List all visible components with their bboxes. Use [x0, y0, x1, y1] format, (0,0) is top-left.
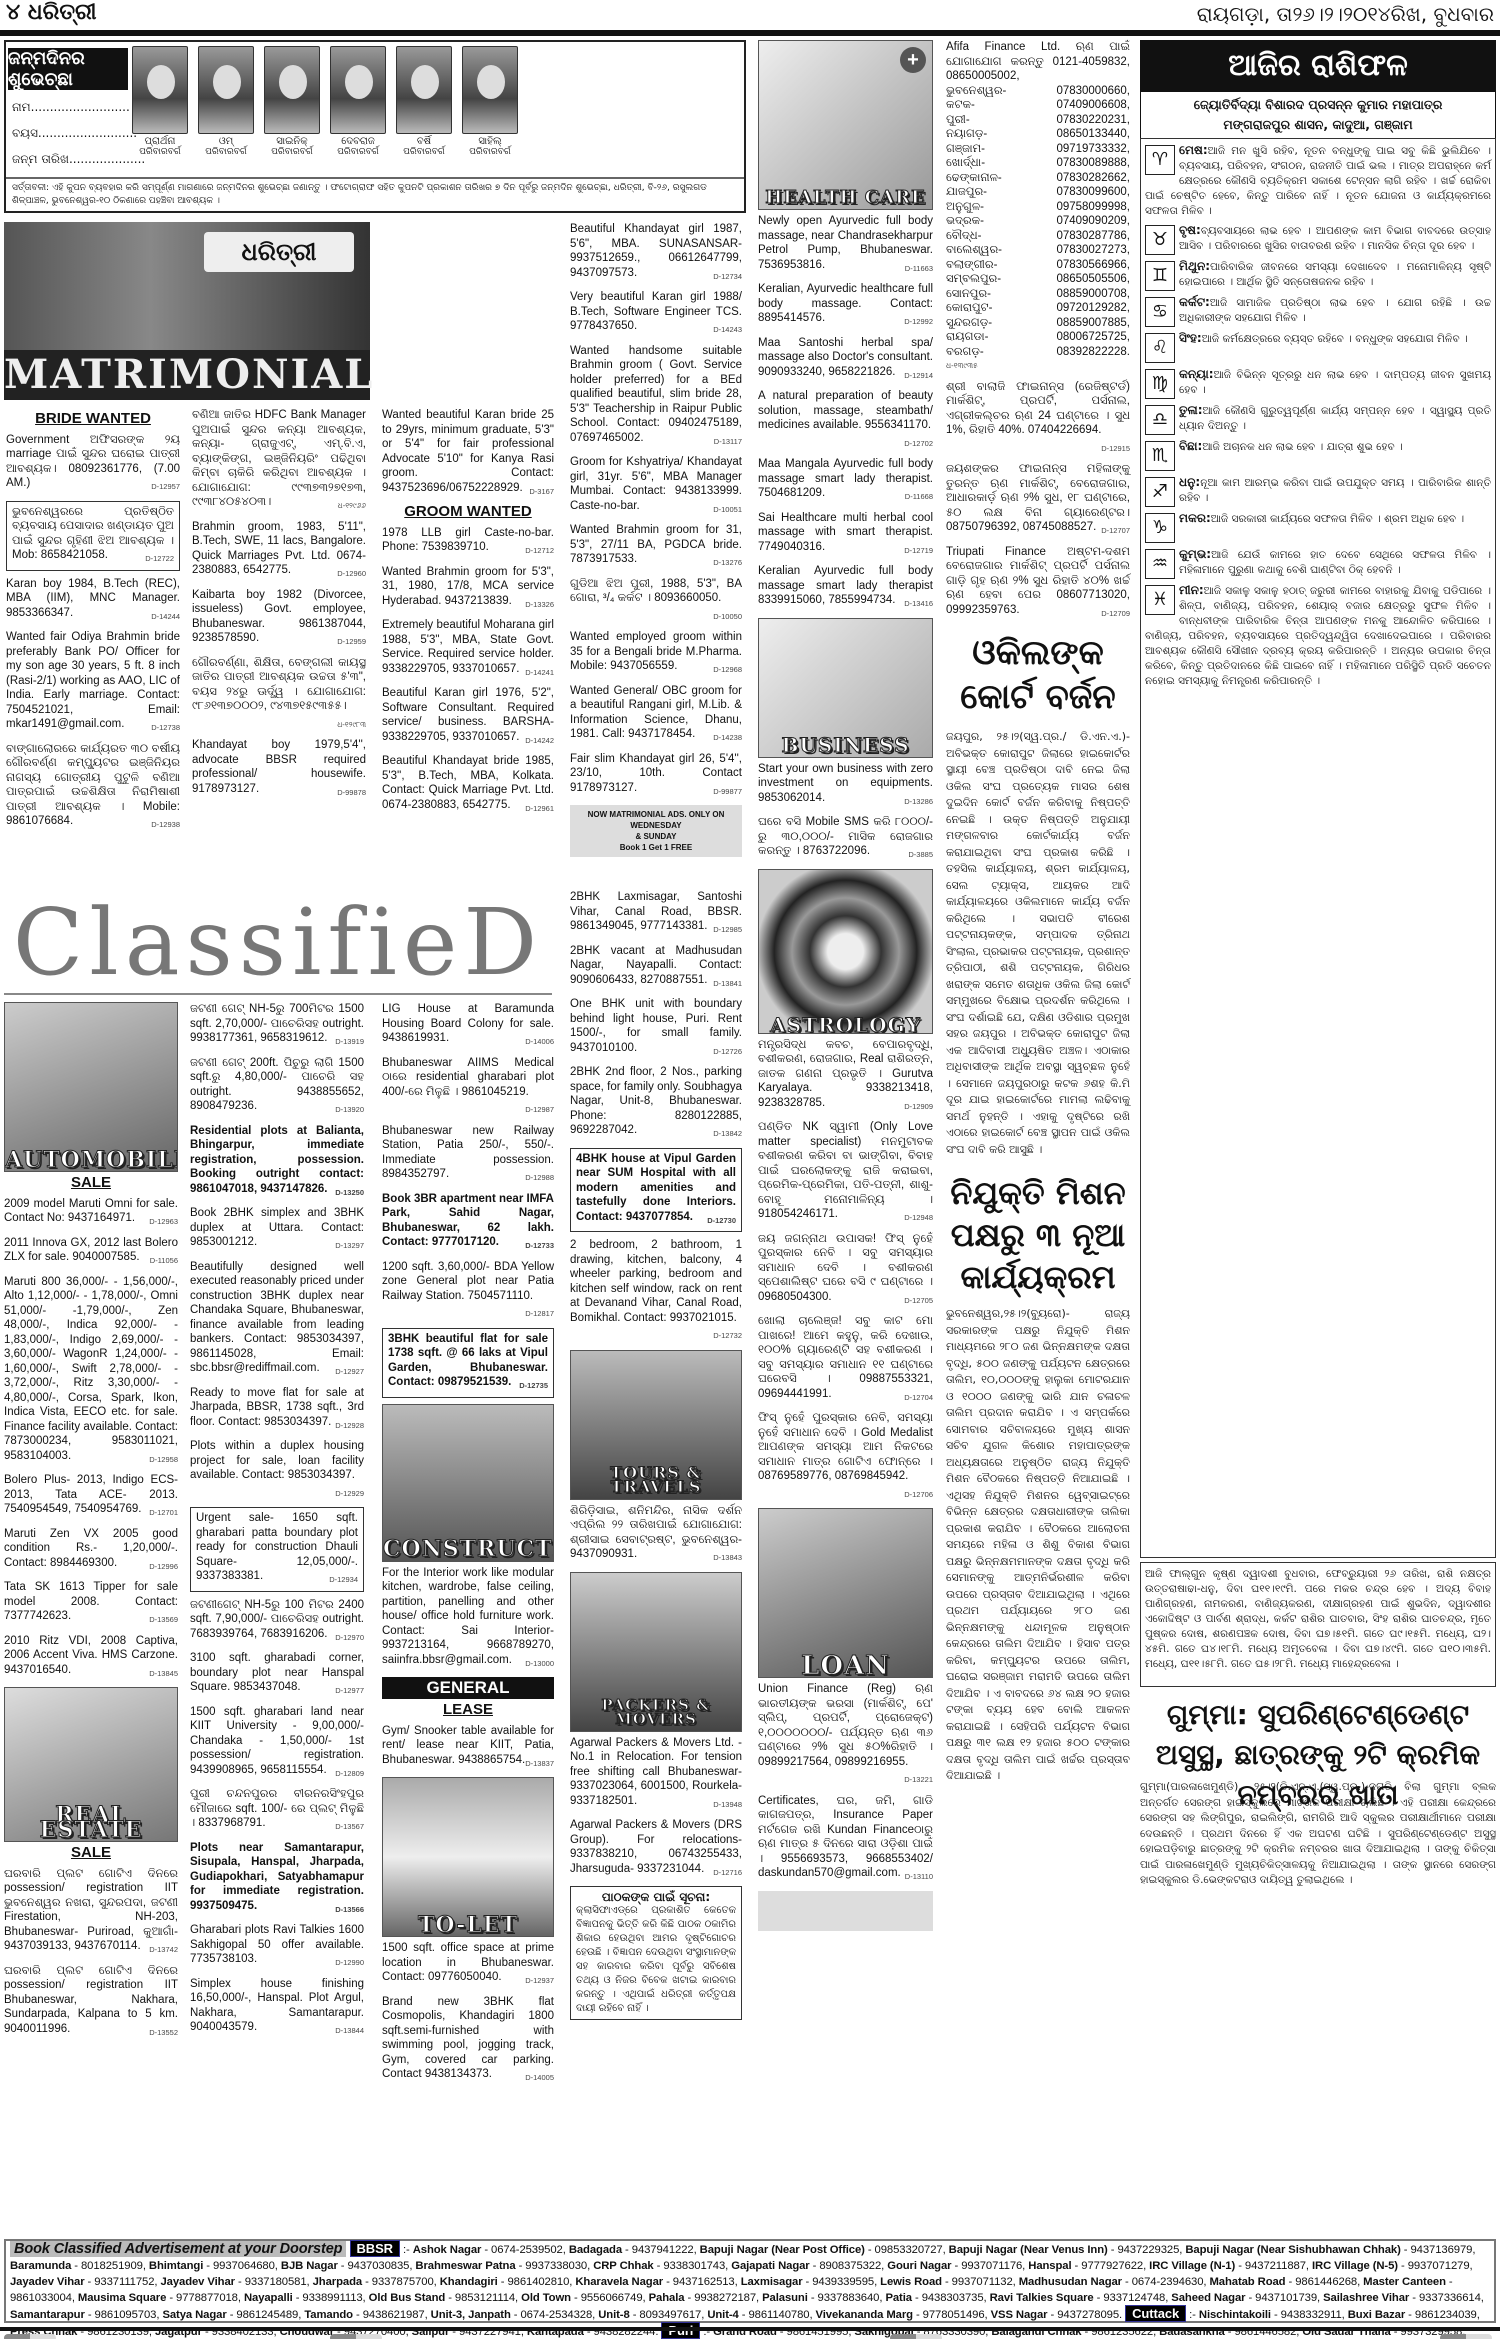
agent-location: CRP Chhak: [593, 2260, 653, 2272]
ad-code: D-13250: [335, 1186, 364, 1201]
ad-code: D-11056: [150, 1254, 178, 1269]
ad-code: D-13569: [149, 1613, 178, 1628]
zodiac-name: ବୃଷ:: [1179, 223, 1201, 237]
ad-code: D-12738: [151, 721, 180, 736]
birthday-title: ଜନ୍ମଦିନର ଶୁଭେଚ୍ଛା: [8, 48, 128, 90]
child-photo: [132, 46, 188, 134]
ad-text: Brand new 3BHK flat Cosmopolis, Khandagi…: [382, 1996, 554, 2081]
birthday-terms: ସର୍ତ୍ତାବଳୀ: ଏହି କୁପନ ବ୍ୟବହାର କରି ସମ୍ପୂର୍…: [6, 177, 744, 211]
branch-city: ଖୋର୍ଦ୍ଧା-: [946, 156, 985, 171]
agent-phone: - 9938272187,: [684, 2292, 762, 2304]
ad-code: D-10050: [713, 610, 742, 625]
classified-ad: ଖୋଲା ଚାଲେଞ୍ଜ! ସବୁ କାଟ ମୋ ପାଖରେ! ଆମେ କହୁନ…: [758, 1314, 933, 1405]
agent-location: IRC Village (N-5): [1312, 2260, 1398, 2272]
branch-city: ସୋନପୁର-: [946, 287, 991, 302]
classified-ad: 3100 sqft. gharabadi corner, boundary pl…: [190, 1651, 364, 1699]
ad-text: Wanted beautiful Karan bride 25 to 29yrs…: [382, 409, 554, 494]
zodiac-name: ଧନୁ:: [1179, 475, 1200, 489]
ad-text: Union Finance (Reg) ଋଣ ଭାରତୀୟଙ୍କ ଭରସା (ମ…: [758, 1683, 933, 1768]
ad-text: Agarwal Packers & Movers Ltd. - No.1 in …: [570, 1737, 742, 1807]
name-field: ନାମ..........................: [12, 100, 130, 115]
ad-code: D-12987: [525, 1103, 554, 1118]
agent-location: Saheed Nagar: [1171, 2292, 1245, 2304]
classified-ad: 1500 sqft. gharabari land near KIIT Univ…: [190, 1705, 364, 1782]
ad-text: ଶ୍ରୀ ବାଲାଜି ଫାଇନାନ୍ସ (ରେଜିଷ୍ଟର୍ଡ) ମାର୍କଶ…: [946, 381, 1130, 437]
classified-column-4: 2BHK Laxmisagar, Santoshi Vihar, Canal R…: [570, 890, 742, 2020]
loan-image: LOAN: [758, 1508, 933, 1678]
classified-ad: 2010 Ritz VDI, 2008 Captiva, 2006 Accent…: [4, 1634, 178, 1682]
family-label: ପରିବାରବର୍ଗ: [264, 147, 320, 157]
ad-text: ଗୁଡିଆ ଝିଅ ପୁରୀ, 1988, 5'3", BA ଗୋରା, ³/₄…: [570, 578, 742, 605]
classified-ad: Maruti Zen VX 2005 good condition Rs.- 1…: [4, 1527, 178, 1575]
branch-phone: 07830099600,: [1056, 185, 1130, 200]
agent-phone: - 9437278095.: [1047, 2309, 1125, 2321]
zodiac-name: କନ୍ୟା:: [1179, 367, 1214, 381]
classified-ad: 1500 sqft. office space at prime locatio…: [382, 1941, 554, 1989]
agent-phone: - 9439339595,: [803, 2276, 881, 2288]
classified-ad: Khandayat boy 1979,5'4'', advocate BBSR …: [192, 738, 366, 800]
zodiac-text: ଆଜି ସରକାରୀ କାର୍ଯ୍ୟରେ ସଫଳତା ମିଳିବ । ଶ୍ରମ …: [1211, 513, 1464, 525]
ad-text: Triupati Finance ଅଷ୍ଟମ-ଦଶମ ବେରୋଜଗାର ମାର୍…: [946, 546, 1130, 616]
matrimonial-column-3: Wanted beautiful Karan bride 25 to 29yrs…: [382, 408, 554, 822]
zodiac-name: ତୁଳା:: [1179, 403, 1203, 417]
family-label: ପରିବାରବର୍ଗ: [198, 147, 254, 157]
ad-code: D-12988: [525, 1171, 554, 1186]
zodiac-icon: ♓: [1145, 585, 1175, 615]
zodiac-sign-entry: ♎ତୁଳା:ଆଜି କୌଣସି ଗୁରୁତ୍ୱପୂର୍ଣ୍ଣ କାର୍ଯ୍ୟ ସ…: [1145, 403, 1491, 435]
classified-ad: Keralian, Ayurvedic healthcare full body…: [758, 282, 933, 330]
zodiac-sign-entry: ♌ସିଂହ:ଆଜି କର୍ମକ୍ଷେତ୍ରରେ ବ୍ୟସ୍ତ ରହିବେ । ବ…: [1145, 331, 1491, 363]
birthday-photo-card: ପ୍ରାର୍ଥନାପରିବାରବର୍ଗ: [132, 46, 188, 157]
dob-field: ଜନ୍ମ ତାରିଖ....................: [12, 152, 145, 167]
branch-phone: 09719733332,: [1056, 142, 1130, 157]
agent-phone: - 9438621987,: [353, 2309, 431, 2321]
classified-ad: ଜୟଶଙ୍କର ଫାଇନାନ୍ସ ମହିଳାଙ୍କୁ ତୁରନ୍ତ ଋଣ ମାର…: [946, 462, 1130, 539]
zodiac-icon: ♎: [1145, 405, 1175, 435]
ad-code: D-12928: [335, 1419, 364, 1434]
ad-code: D-3167: [529, 485, 554, 500]
family-label: ପରିବାରବର୍ଗ: [132, 147, 188, 157]
ad-code: D-14005: [525, 2071, 554, 2086]
ad-text: Plots within a duplex housing project fo…: [190, 1440, 364, 1481]
ad-code: D-13276: [713, 556, 742, 571]
classified-ad: ଗୁଡିଆ ଝିଅ ପୁରୀ, 1988, 5'3", BA ଗୋରା, ³/₄…: [570, 577, 742, 625]
masthead: ୪ ଧରିତ୍ରୀ ରାୟଗଡ଼ା, ତା୨୬।୨।୨୦୧୪ରିଖ, ବୁଧବା…: [0, 0, 1500, 28]
zodiac-icon: ♐: [1145, 477, 1175, 507]
classified-column-1: AUTOMOBILE SALE 2009 model Maruti Omni f…: [4, 1002, 178, 2046]
zodiac-text: ନୂଆ କାମ ଆରମ୍ଭ କରିବା ପାଇଁ ଉପଯୁକ୍ତ ସମୟ । ପ…: [1179, 477, 1491, 504]
agent-phone: - 9777927622,: [1072, 2260, 1150, 2272]
classified-ad: Triupati Finance ଅଷ୍ଟମ-ଦଶମ ବେରୋଜଗାର ମାର୍…: [946, 545, 1130, 622]
automobile-image: AUTOMOBILE: [4, 1002, 178, 1172]
classified-ad: Beautiful Khandayat girl 1987, 5'6", MBA…: [570, 222, 742, 284]
classified-ad: Bolero Plus- 2013, Indigo ECS- 2013, Tat…: [4, 1473, 178, 1521]
ad-text: ବାଙ୍ଗାଲୋରରେ କାର୍ଯ୍ୟରତ ୩୦ ବର୍ଷୀୟ ଗୌରବର୍ଣ୍…: [6, 743, 180, 828]
agent-phone: - 9861402810,: [498, 2276, 576, 2288]
agent-phone: - 9437162513,: [663, 2276, 741, 2288]
plus-icon: +: [900, 47, 926, 73]
agent-phone: - 9778051496,: [913, 2309, 991, 2321]
branch-phone: 07830027273,: [1056, 243, 1130, 258]
ad-code: D-13000: [525, 1657, 554, 1672]
ad-code: D-12958: [149, 1453, 178, 1468]
classified-ad: Groom for Kshyatriya/ Khandayat girl, 31…: [570, 455, 742, 517]
branch-phone: 07409090209,: [1056, 214, 1130, 229]
finance-branch-row: ରାୟଗଡା-08006725725,: [946, 330, 1130, 345]
zodiac-sign-entry: ♍କନ୍ୟା:ଆଜି ବିଭିନ୍ନ ସୂତ୍ରରୁ ଧନ ଲାଭ ହେବ । …: [1145, 367, 1491, 399]
ad-code: D-13920: [335, 1103, 364, 1118]
agent-location: Bapuji Nagar (Near Sishubhawan Chhak): [1185, 2244, 1400, 2256]
page-marker: [4, 2334, 56, 2339]
ad-code: D-13286: [904, 795, 933, 810]
branch-phone: 07830566966,: [1056, 258, 1130, 273]
ad-code: D-12732: [713, 1329, 742, 1344]
classified-ad: Bhubaneswar new Railway Station, Patia 2…: [382, 1124, 554, 1186]
afifa-finance-intro: Afifa Finance Ltd. ଋଣ ପାଇଁ ଯୋଗାଯୋଗ କରନ୍ତ…: [946, 40, 1130, 84]
ad-code: D-12704: [904, 1391, 933, 1406]
groom-wanted-heading: GROOM WANTED: [382, 505, 554, 520]
zodiac-icon: ♉: [1145, 225, 1175, 255]
ad-text: A natural preparation of beauty solution…: [758, 390, 933, 431]
classified-ad: ଘରବାରି ପ୍ଲଟ ଗୋଟିଏ ଦିନରେ possession/ regi…: [4, 1964, 178, 2041]
branch-city: ସୁନ୍ଦରଗଡ଼-: [946, 316, 992, 331]
ad-code: D-12914: [904, 369, 933, 384]
agent-location: Tamando: [304, 2309, 353, 2321]
classified-ad: ଗୌରବର୍ଣ୍ଣା, ଶିକ୍ଷିତା, ବେଙ୍ଗଲୀ କାୟସ୍ଥ ଜାତ…: [192, 656, 366, 733]
classified-ad: ଜଟଣୀ ଗେଟ୍ 200ft. ପିଚୁରୁ ଲାଗି 1500 sqft.ର…: [190, 1056, 364, 1118]
matrimonial-column-4: Beautiful Khandayat girl 1987, 5'6", MBA…: [570, 222, 742, 857]
classified-ad: Urgent sale- 1650 sqft. gharabari patta …: [190, 1507, 364, 1592]
news-body-niyukti-mission: ଭୁବନେଶ୍ୱର,୨୫।୨(ବ୍ୟୁରୋ)- ରାଜ୍ୟ ସରକାରଙ୍କ ପ…: [946, 1306, 1130, 1785]
agent-phone: - 9338301743,: [654, 2260, 732, 2272]
agent-phone: - 9937071176,: [951, 2260, 1028, 2272]
branch-phone: 09720129282,: [1056, 301, 1130, 316]
classified-ad: ଶିରିଡ଼ିସାଇ, ଶନିମନ୍ଦିର, ନାସିକ ଦର୍ଶନ ଏପ୍ରି…: [570, 1504, 742, 1566]
bottom-rule: [0, 2327, 1500, 2331]
child-photo: [198, 46, 254, 134]
ad-code: D-14238: [713, 731, 742, 746]
classified-ad: ଜଟଣୀଗେଟ୍ NH-5ରୁ 100 ମିଟର 2400 sqft. 7,90…: [190, 1598, 364, 1646]
classified-ad: Bhubaneswar AIIMS Medical ଠାରେ residenti…: [382, 1056, 554, 1118]
branch-phone: 08650133440,: [1056, 127, 1130, 142]
birthday-greetings-box: ଜନ୍ମଦିନର ଶୁଭେଚ୍ଛା ନାମ...................…: [4, 40, 746, 213]
rashifal-author: ଜ୍ୟୋତିର୍ବିଦ୍ୟା ବିଶାରଦ ପ୍ରସନ୍ନ କୁମାର ମହାପ…: [1140, 92, 1496, 138]
branch-phone: 08859000708,: [1056, 287, 1130, 302]
ad-code: D-11663: [905, 262, 933, 277]
classified-ad: ମନ୍ତ୍ରସିଦ୍ଧ କବଚ, ବେପାରବୃଦ୍ଧି, ବଶୀକରଣ, ରୋ…: [758, 1038, 933, 1115]
classified-ad: ପଣ୍ଡିତ NK ସ୍ୱାମୀ (Only Love matter speci…: [758, 1120, 933, 1226]
ad-code: D-12929: [335, 1487, 364, 1502]
branch-phone: 08859007885,: [1056, 316, 1130, 331]
finance-branch-row: ସୋନପୁର-08859000708,: [946, 287, 1130, 302]
dharitri-logo: ଧରିତ୍ରୀ: [204, 232, 354, 272]
ad-code: D-12712: [525, 544, 554, 559]
zodiac-text: ଆଜି ବିଭିନ୍ନ ସୂତ୍ରରୁ ଧନ ଲାଭ ହେବ । ଦାମ୍ପତ୍…: [1179, 369, 1491, 396]
ad-code: D-12959: [337, 635, 366, 650]
classified-ad: Gym/ Snooker table available for rent/ l…: [382, 1724, 554, 1772]
classified-ad: Beautiful Karan girl 1976, 5'2", Softwar…: [382, 686, 554, 748]
classified-ad: 2 bedroom, 2 bathroom, 1 drawing, kitche…: [570, 1238, 742, 1344]
footer-heading: Book Classified Advertisement at your Do…: [10, 2241, 346, 2257]
agent-phone: - 9778877018,: [166, 2292, 244, 2304]
ad-code: D-12716: [713, 1866, 742, 1881]
matrimonial-column-1: BRIDE WANTED Government ଅଫିସରଙ୍କ ୨ୟ marr…: [6, 408, 180, 839]
classified-ad: Book 3BR apartment near IMFA Park, Sahid…: [382, 1192, 554, 1254]
ad-text: Plots near Samantarapur, Sisupala, Hansp…: [190, 1842, 364, 1912]
agent-location: BJB Nagar: [281, 2260, 338, 2272]
page-marker: [890, 2334, 942, 2339]
agent-phone: - 9937338030,: [516, 2260, 594, 2272]
finance-branch-row: କୋରାପୁଟ-09720129282,: [946, 301, 1130, 316]
agent-location: Satya Nagar: [162, 2309, 226, 2321]
child-photo: [264, 46, 320, 134]
health-care-image: + HEALTH CARE: [758, 40, 933, 210]
agent-phone: - 9337883640,: [808, 2292, 886, 2304]
zodiac-name: ମକର:: [1179, 511, 1211, 525]
agent-location: Gouri Nagar: [887, 2260, 951, 2272]
finance-branch-row: ସୁନ୍ଦରଗଡ଼-08859007885,: [946, 316, 1130, 331]
classified-ad: A natural preparation of beauty solution…: [758, 389, 933, 451]
classified-ad: Wanted General/ OBC groom for a beautifu…: [570, 684, 742, 746]
finance-branch-row: ସମ୍ବଲପୁର-08650505506,: [946, 272, 1130, 287]
ad-code: D-11668: [905, 490, 933, 505]
agent-phone: - 9337180581,: [235, 2276, 313, 2288]
sale-heading: SALE: [4, 1176, 178, 1191]
ad-code: D-12909: [904, 1100, 933, 1115]
ad-code: D-13844: [335, 2024, 364, 2039]
agent-location: Old Town: [521, 2292, 571, 2304]
classified-ad: Wanted fair Odiya Brahmin bride preferab…: [6, 630, 180, 736]
agent-location: Jayadev Vihar: [10, 2276, 85, 2288]
ad-text: ଜୟ ଜଗନ୍ନାଥ ଉପାସକ! ଫିସ୍ ନୁହେଁ ପୁରସ୍କାର ନେ…: [758, 1233, 933, 1303]
ad-text: ପଣ୍ଡିତ NK ସ୍ୱାମୀ (Only Love matter speci…: [758, 1121, 933, 1220]
family-label: ପରିବାରବର୍ଗ: [330, 147, 386, 157]
page-label: ୪ ଧରିତ୍ରୀ: [6, 0, 97, 25]
zodiac-icon: ♋: [1145, 297, 1175, 327]
ad-code: D-12707: [1101, 524, 1130, 539]
ad-code: D-12948: [904, 1211, 933, 1226]
ad-code: D-12961: [525, 802, 554, 817]
reader-notice: ପାଠକଙ୍କ ପାଇଁ ସୂଚନା: କ୍ଲାସିଫାଏଡ୍‌ରେ ପ୍ରକା…: [570, 1886, 742, 2020]
classified-ad: ଜଟଣୀ ଗେଟ୍ NH-5ରୁ 700ମିଟର 1500 sqft. 2,70…: [190, 1002, 364, 1050]
agent-phone: - 8093497617,: [630, 2309, 708, 2321]
finance-branch-row: ବାଲେଶ୍ୱର-07830027273,: [946, 243, 1130, 258]
classified-ad: Agarwal Packers & Movers Ltd. - No.1 in …: [570, 1736, 742, 1813]
classified-ad: Maruti 800 36,000/- - 1,56,000/-, Alto 1…: [4, 1275, 178, 1468]
branch-city: କୋରାପୁଟ-: [946, 301, 992, 316]
classified-ad: Extremely beautiful Moharana girl 1988, …: [382, 618, 554, 680]
finance-branch-row: ନୟାଗଡ଼-08650133440,: [946, 127, 1130, 142]
branch-city: ସମ୍ବଲପୁର-: [946, 272, 1001, 287]
classified-ad: Ready to move flat for sale at Jharpada,…: [190, 1386, 364, 1434]
ad-code: ଧ-୧୨୯୬୬: [338, 499, 366, 514]
ad-text: ଖୋଲା ଚାଲେଞ୍ଜ! ସବୁ କାଟ ମୋ ପାଖରେ! ଆମେ କହୁନ…: [758, 1315, 933, 1400]
ad-code: D-14244: [151, 610, 180, 625]
ad-code: D-13297: [335, 1239, 364, 1254]
agent-phone: - 9861234039,: [1405, 2309, 1480, 2321]
agent-phone: - 9437101739,: [1245, 2292, 1323, 2304]
ad-code: D-12915: [1101, 442, 1130, 457]
ad-code: D-12927: [335, 1365, 364, 1380]
news-headline-court-boycott: ଓକିଲଙ୍କ କୋର୍ଟ ବର୍ଜନ: [946, 631, 1130, 719]
classified-ad: ବଣିଆ ଜାତିର HDFC Bank Manager ପୁଅପାଇଁ ସୁନ…: [192, 408, 366, 514]
ad-code: D-12701: [149, 1506, 178, 1521]
agent-phone: - 9337336614,: [1409, 2292, 1484, 2304]
ad-text: Wanted fair Odiya Brahmin bride preferab…: [6, 631, 180, 730]
agent-location: Bapuji Nagar (Near Venus Inn): [949, 2244, 1108, 2256]
classified-ad: Wanted Brahmin groom for 5'3", 31, 1980,…: [382, 565, 554, 613]
ad-code: D-13117: [714, 435, 742, 450]
classified-ad: ପୁରୀ ଚନ୍ଦନପୁରର ବୀରନରସିଂହପୁର ମୌଜାରେ sqft.…: [190, 1787, 364, 1835]
agent-location: Mausima Square: [78, 2292, 166, 2304]
zodiac-icon: ♏: [1145, 441, 1175, 471]
ad-text: 1200 sqft. 3,60,000/- BDA Yellow zone Ge…: [382, 1261, 554, 1302]
ad-code: D-12730: [707, 1214, 736, 1229]
finance-branch-row: ଢେଙ୍କାନାଳ-07830282662,: [946, 171, 1130, 186]
classified-ad: Maa Santoshi herbal spa/ massage also Do…: [758, 336, 933, 384]
zodiac-icon: ♌: [1145, 333, 1175, 363]
ad-code: D-13948: [713, 1798, 742, 1813]
zodiac-text: ଆଜି ଅଚାନକ ଧନ ଲାଭ ହେବ । ଯାତ୍ରା ଶୁଭ ହେବ ।: [1202, 441, 1402, 453]
ad-code: D-3885: [908, 848, 933, 863]
ad-code: D-12706: [904, 1488, 933, 1503]
classified-ad: ଫିସ୍ ନୁହେଁ ପୁରସ୍କାର ନେବି, ସମସ୍ୟା ନୁହେଁ ସ…: [758, 1411, 933, 1502]
agent-location: Nayapalli: [244, 2292, 293, 2304]
agent-phone: - 9338991113,: [293, 2292, 369, 2304]
classified-ad: Tata SK 1613 Tipper for sale model 2008.…: [4, 1580, 178, 1628]
classified-ad: Agarwal Packers & Movers (DRS Group). Fo…: [570, 1818, 742, 1880]
classified-title: ClassifieD: [4, 893, 552, 993]
agent-phone: - 0674-2534328,: [511, 2309, 599, 2321]
zodiac-sign-entry: ♑ମକର:ଆଜି ସରକାରୀ କାର୍ଯ୍ୟରେ ସଫଳତା ମିଳିବ । …: [1145, 511, 1491, 543]
zodiac-text: ଆଜି ସାମାଜିକ ପ୍ରତିଷ୍ଠା ଲାଭ ହେବ । ଯୋଗ ରହିଛ…: [1179, 297, 1491, 324]
zodiac-text: ପାରିବାରିକ ଜୀବନରେ ସମସ୍ୟା ଦେଖାଦେବ । ମନୋମାଳ…: [1179, 261, 1491, 288]
ad-code: D-12968: [713, 663, 742, 678]
ad-text: Residential plots at Balianta, Bhingarpu…: [190, 1125, 364, 1195]
agent-location: Laxmisagar: [741, 2276, 803, 2288]
classified-banner: ClassifieD: [4, 893, 552, 995]
finance-branch-row: ବଲାଙ୍ଗୀର-07830566966,: [946, 258, 1130, 273]
classified-ad: ଘରବାରି ପ୍ଲଟ ଗୋଟିଏ ଦିନରେ possession/ regi…: [4, 1867, 178, 1958]
rashifal-title: ଆଜିର ରାଶିଫଳ: [1140, 40, 1496, 92]
branch-city: ଭୁବନେଶ୍ୱର-: [946, 84, 1006, 99]
child-name: ବର୍ଷି: [396, 136, 452, 147]
construction-image: CONSTRUCTION: [382, 1404, 554, 1562]
agent-location: Jayadev Vihar: [160, 2276, 235, 2288]
finance-branch-row: ଗଞ୍ଜାମ-09719733332,: [946, 142, 1130, 157]
classified-ad: 2009 model Maruti Omni for sale. Contact…: [4, 1197, 178, 1230]
finance-branch-row: ବରଗଡ଼-08392822228.: [946, 345, 1130, 360]
zodiac-text: ଆଜି ସକାଳୁ ସକାଳୁ ହଠାତ୍ ଜରୁରୀ କାମରେ ବାହାରକ…: [1145, 585, 1491, 687]
zodiac-sign-entry: ♈ମେଷ:ଆଜି ମନ ଖୁସି ରହିବ, ନୂତନ ବନ୍ଧୁଙ୍କୁ ପା…: [1145, 143, 1491, 219]
classified-ad: Residential plots at Balianta, Bhingarpu…: [190, 1124, 364, 1201]
zodiac-text: ବ୍ୟବସାୟରେ ଲାଭ ହେବ । ଆପଣଙ୍କ କାମ ବିଭାଗ ବାବ…: [1179, 225, 1491, 252]
classified-ad: Government ଅଫିସରଙ୍କ ୨ୟ marriage ପାଇଁ ସୁନ…: [6, 433, 180, 495]
branch-city: ବାଲେଶ୍ୱର-: [946, 243, 1002, 258]
agent-location: Lewis Road: [880, 2276, 942, 2288]
ad-code: D-12734: [713, 270, 742, 285]
birthday-photo-card: ସାଇନିକ୍ପରିବାରବର୍ଗ: [264, 46, 320, 157]
ad-code: D-99878: [337, 786, 366, 801]
branch-phone: 08392822228.: [1056, 345, 1130, 360]
business-image: BUSINESS: [758, 618, 933, 758]
branch-phone: 09758099998,: [1056, 200, 1130, 215]
branch-city: ଭଦ୍ରକ-: [946, 214, 984, 229]
zodiac-name: ମୀନ:: [1179, 583, 1204, 597]
agent-phone: - 9937071279,: [1398, 2260, 1473, 2272]
finance-branch-row: ଯାଜପୁର-07830099600,: [946, 185, 1130, 200]
ad-code: D-12970: [335, 1631, 364, 1646]
agent-phone: - 9437030835,: [338, 2260, 416, 2272]
ad-text: ଘରବାରି ପ୍ଲଟ ଗୋଟିଏ ଦିନରେ possession/ regi…: [4, 1965, 178, 2035]
ad-code: D-12985: [713, 923, 742, 938]
matrimonial-column-2: ବଣିଆ ଜାତିର HDFC Bank Manager ପୁଅପାଇଁ ସୁନ…: [192, 408, 366, 806]
branch-city: ଢେଙ୍କାନାଳ-: [946, 171, 1002, 186]
agent-phone: - 9556066749,: [571, 2292, 649, 2304]
branch-phone: 07830287786,: [1056, 229, 1130, 244]
agent-phone: - 9337111752,: [85, 2276, 161, 2288]
zodiac-name: ମିଥୁନ:: [1179, 259, 1210, 273]
ad-code: D-14241: [525, 666, 554, 681]
ad-code: D-13842: [713, 1127, 742, 1142]
classified-ad: Fair slim Khandayat girl 26, 5'4'', 23/1…: [570, 752, 742, 800]
zodiac-name: ସିଂହ:: [1179, 331, 1202, 345]
agent-phone: - 8018251909,: [71, 2260, 149, 2272]
ad-text: 2 bedroom, 2 bathroom, 1 drawing, kitche…: [570, 1239, 742, 1324]
ad-code: D-13416: [904, 597, 933, 612]
ad-text: ମନ୍ତ୍ରସିଦ୍ଧ କବଚ, ବେପାରବୃଦ୍ଧି, ବଶୀକରଣ, ରୋ…: [758, 1039, 933, 1109]
classified-ad: 4BHK house at Vipul Garden near SUM Hosp…: [570, 1148, 742, 1233]
ad-text: Wanted handsome suitable Brahmin groom (…: [570, 345, 742, 444]
agent-phone: - 9438303735,: [912, 2292, 990, 2304]
ad-code: D-13845: [149, 1667, 178, 1682]
ad-code: D-12996: [149, 1560, 178, 1575]
ad-code: D-12938: [151, 818, 180, 833]
zodiac-name: କୁମ୍ଭ:: [1179, 547, 1211, 561]
ad-code: D-13566: [335, 1903, 364, 1918]
general-heading: GENERAL: [382, 1677, 554, 1699]
ad-code: D-12719: [904, 544, 933, 559]
branch-phone: 08006725725,: [1056, 330, 1130, 345]
agent-phone: - 9861140780,: [739, 2309, 816, 2321]
agent-phone: - 8908375322,: [810, 2260, 888, 2272]
ad-code: D-13919: [335, 1035, 364, 1050]
ad-code: D-13110: [905, 1870, 933, 1885]
tours-travels-image: TOURS & TRAVELS: [570, 1350, 742, 1500]
classified-ad: 2011 Innova GX, 2012 last Bolero ZLX for…: [4, 1236, 178, 1269]
agent-location: Vivekananda Marg: [816, 2309, 913, 2321]
classified-ad: Karan boy 1984, B.Tech (REC), MBA (IIM),…: [6, 577, 180, 625]
child-name: ଦେବରାଜ: [330, 136, 386, 147]
ad-code: D-13567: [335, 1820, 364, 1835]
agent-location: Khandagiri: [440, 2276, 498, 2288]
zodiac-text: ଆଜି କୌଣସି ଗୁରୁତ୍ୱପୂର୍ଣ୍ଣ କାର୍ଯ୍ୟ ସମ୍ପନ୍ନ…: [1179, 405, 1491, 432]
classified-ad: Book 2BHK simplex and 3BHK duplex at Utt…: [190, 1206, 364, 1254]
ad-code: D-12735: [519, 1379, 548, 1394]
page-marker: [1440, 2334, 1492, 2339]
classified-ad: 2BHK 2nd floor, 2 Nos., parking space, f…: [570, 1065, 742, 1142]
classified-ad: 1978 LLB girl Caste-no-bar. Phone: 75398…: [382, 526, 554, 559]
booking-agents-footer: Book Classified Advertisement at your Do…: [4, 2239, 1496, 2323]
classified-ad: 3BHK beautiful flat for sale 1738 sqft. …: [382, 1328, 554, 1398]
bride-wanted-heading: BRIDE WANTED: [6, 412, 180, 427]
zodiac-sign-entry: ♉ବୃଷ:ବ୍ୟବସାୟରେ ଲାଭ ହେବ । ଆପଣଙ୍କ କାମ ବିଭା…: [1145, 223, 1491, 255]
classified-ad: Gharabari plots Ravi Talkies 1600 Sakhig…: [190, 1923, 364, 1971]
lease-heading: LEASE: [382, 1703, 554, 1718]
branch-city: କଟକ-: [946, 98, 975, 113]
ad-code: D-12957: [151, 480, 180, 495]
classified-ad: ଜୟ ଜଗନ୍ନାଥ ଉପାସକ! ଫିସ୍ ନୁହେଁ ପୁରସ୍କାର ନେ…: [758, 1232, 933, 1309]
